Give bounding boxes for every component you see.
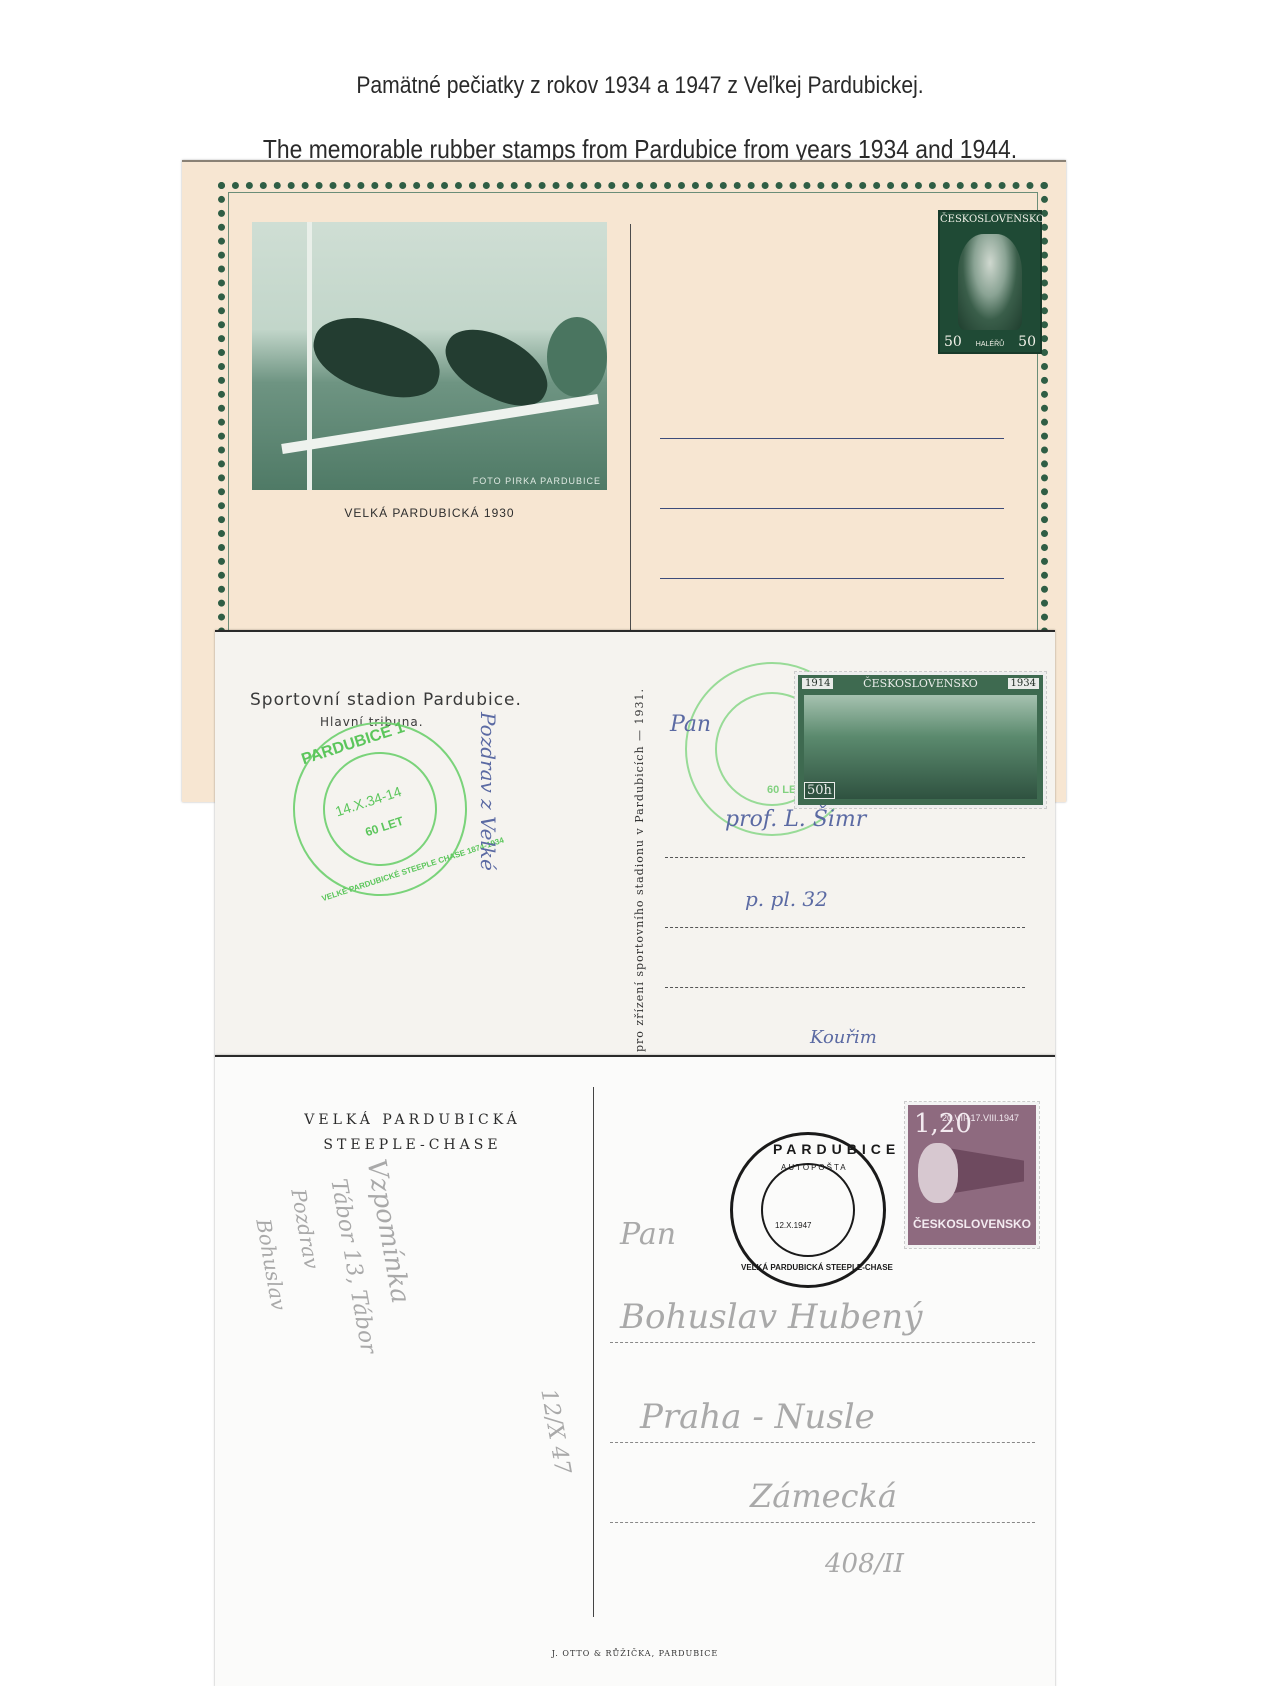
postcard-steeplechase-1947: VELKÁ PARDUBICKÁ STEEPLE-CHASE Vzpomínka…	[215, 1055, 1055, 1686]
publisher-imprint: J. OTTO & RŮŽIČKA, PARDUBICE	[215, 1649, 1055, 1658]
stamp-year-right: 1934	[1008, 678, 1039, 689]
stamp-1934-czech-legion: 1914 ČESKOSLOVENSKO 1934 50h	[795, 672, 1046, 808]
stamp-year-left: 1914	[802, 678, 833, 689]
pencil-address-line2: Bohuslav Hubený	[620, 1297, 922, 1337]
stamp-country: ČESKOSLOVENSKO	[940, 214, 1040, 225]
handwriting-address-line3: p. pl. 32	[745, 887, 828, 911]
photo-caption: VELKÁ PARDUBICKÁ 1930	[252, 506, 607, 520]
postmark-pardubice-autoposta-1947: PARDUBICE AUTOPOŠTA 12.X.1947 VELKÁ PARD…	[730, 1132, 886, 1288]
postmark-pardubice-1934: PARDUBICE 1 14.X.34-14 60 LET VELKÉ PARD…	[270, 699, 489, 918]
stamp-1947-youth-festival: 1,20 20.VII–17.VIII.1947 ČESKOSLOVENSKO	[905, 1102, 1039, 1248]
address-line	[610, 1442, 1035, 1443]
tree-shape	[547, 317, 607, 397]
address-line	[665, 857, 1025, 858]
stamp-imprint-masaryk: ČESKOSLOVENSKO 50 HALÉŘŮ 50	[938, 210, 1042, 354]
address-line	[610, 1522, 1035, 1523]
pencil-address-line3: Praha - Nusle	[640, 1397, 875, 1437]
stamp-country: ČESKOSLOVENSKO	[908, 1217, 1036, 1231]
postmark-date: 12.X.1947	[775, 1221, 811, 1230]
stamp-scene-image	[804, 695, 1037, 799]
pencil-message: Bohuslav	[251, 1217, 291, 1312]
stamp-value-right: 50	[1018, 334, 1036, 350]
postmark-bottom-text: VELKÁ PARDUBICKÁ STEEPLE-CHASE	[741, 1263, 893, 1272]
card-title-line2: STEEPLE-CHASE	[215, 1137, 610, 1153]
address-line	[610, 1342, 1035, 1343]
pencil-address-line5: 408/II	[825, 1549, 904, 1579]
vertical-imprint-text: pro zřízení sportovního stadionu v Pardu…	[633, 688, 646, 1052]
card-title: Sportovní stadion Pardubice.	[250, 690, 522, 710]
stamp-country: ČESKOSLOVENSKO	[838, 677, 1003, 690]
handwriting-address-line4: Kouřim	[810, 1027, 877, 1048]
address-line	[665, 987, 1025, 988]
fence-rail-shape	[281, 394, 599, 454]
pencil-address-line1: Pan	[620, 1217, 676, 1252]
portrait-icon	[958, 234, 1022, 330]
postmark-inner-ring	[761, 1163, 855, 1257]
pencil-address-line4: Zámecká	[750, 1477, 897, 1515]
handwriting-address-line2: prof. L. Šimr	[725, 807, 866, 832]
postmark-sub-text: AUTOPOŠTA	[781, 1163, 848, 1172]
card-title-line1: VELKÁ PARDUBICKÁ	[215, 1112, 610, 1128]
address-line	[660, 438, 1004, 439]
steeplechase-photo: FOTO PIRKA PARDUBICE	[252, 222, 607, 490]
photo-credit: FOTO PIRKA PARDUBICE	[473, 476, 601, 486]
handwriting-address-line1: Pan	[670, 712, 711, 737]
card-divider	[593, 1087, 594, 1617]
address-line	[665, 927, 1025, 928]
faces-icon	[918, 1143, 958, 1203]
page-heading-slovak: Pamätné pečiatky z rokov 1934 a 1947 z V…	[77, 72, 1203, 100]
handwriting-greeting: Pozdrav z Velké	[476, 712, 500, 871]
horse-shape	[305, 306, 449, 407]
address-line	[660, 578, 1004, 579]
stamp-value: 50h	[804, 782, 835, 799]
pencil-message: Pozdrav	[286, 1187, 324, 1271]
postcard-sports-stadium: Sportovní stadion Pardubice. Hlavní trib…	[215, 630, 1055, 1057]
postmark-top-text: PARDUBICE	[773, 1141, 900, 1157]
pencil-date: 12/X 47	[535, 1387, 575, 1476]
address-line	[660, 508, 1004, 509]
stamp-dates: 20.VII–17.VIII.1947	[942, 1113, 1019, 1123]
